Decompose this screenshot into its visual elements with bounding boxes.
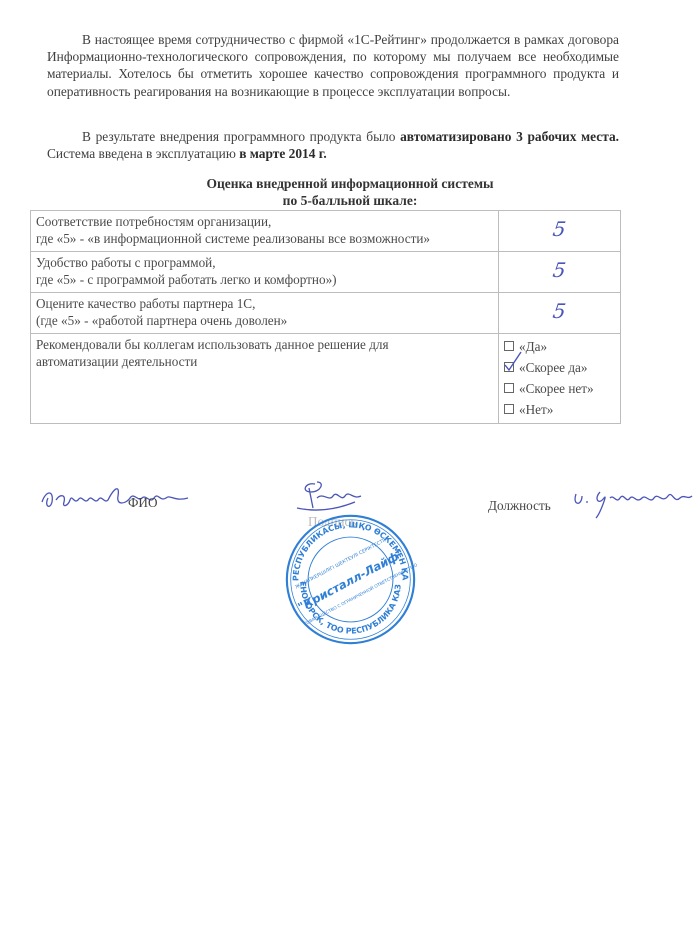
option-rather-yes[interactable]: «Скорее да» xyxy=(504,357,615,378)
option-label: «Нет» xyxy=(519,402,553,417)
rating-table: Соответствие потребностям организации, г… xyxy=(30,210,621,424)
table-title: Оценка внедренной информационной системы… xyxy=(0,175,700,209)
stamp-outer-top: ҚАЗАҚСТАН РЕСПУБЛИКАСЫ, ШҚО ӨСКЕМЕН ҚАЛА… xyxy=(283,512,410,581)
table-row: Соответствие потребностям организации, г… xyxy=(31,211,621,252)
table-row: Оцените качество работы партнера 1С, (гд… xyxy=(31,293,621,334)
result-paragraph: В результате внедрения программного прод… xyxy=(47,128,619,162)
question-cell: Удобство работы с программой, где «5» - … xyxy=(31,252,499,293)
intro-paragraph: В настоящее время сотрудничество с фирмо… xyxy=(47,31,619,100)
option-label: «Скорее нет» xyxy=(519,381,594,396)
recommend-options: «Да» «Скорее да» «Скорее нет» «Нет» xyxy=(499,334,621,424)
table-row-recommend: Рекомендовали бы коллегам использовать д… xyxy=(31,334,621,424)
answer-cell[interactable]: 5 xyxy=(499,252,621,293)
question-line1: Рекомендовали бы коллегам использовать д… xyxy=(36,337,493,354)
score-value: 5 xyxy=(552,262,567,279)
question-cell: Оцените качество работы партнера 1С, (гд… xyxy=(31,293,499,334)
result-text-2: Система введена в эксплуатацию xyxy=(47,146,239,161)
option-label: «Скорее да» xyxy=(519,360,587,375)
result-text-1: В результате внедрения программного прод… xyxy=(82,129,400,144)
handwritten-checkmark-icon xyxy=(504,349,528,373)
checkbox-icon[interactable] xyxy=(504,383,514,393)
question-line2: автоматизации деятельности xyxy=(36,354,493,371)
option-no[interactable]: «Нет» xyxy=(504,399,615,420)
table-row: Удобство работы с программой, где «5» - … xyxy=(31,252,621,293)
company-stamp: ҚАЗАҚСТАН РЕСПУБЛИКАСЫ, ШҚО ӨСКЕМЕН ҚАЛА… xyxy=(283,512,418,647)
position-handwriting xyxy=(570,484,695,524)
checkbox-icon[interactable] xyxy=(504,404,514,414)
option-rather-no[interactable]: «Скорее нет» xyxy=(504,378,615,399)
question-line2: где «5» - с программой работать легко и … xyxy=(36,272,493,289)
question-line2: (где «5» - «работой партнера очень довол… xyxy=(36,313,493,330)
fio-handwriting xyxy=(38,480,198,516)
answer-cell[interactable]: 5 xyxy=(499,211,621,252)
question-cell: Соответствие потребностям организации, г… xyxy=(31,211,499,252)
position-label: Должность xyxy=(488,498,551,514)
score-value: 5 xyxy=(552,303,567,320)
fio-label: ФИО xyxy=(128,495,157,511)
svg-text:ҚАЗАҚСТАН РЕСПУБЛИКАСЫ, ШҚО ӨС: ҚАЗАҚСТАН РЕСПУБЛИКАСЫ, ШҚО ӨСКЕМЕН ҚАЛА… xyxy=(283,512,410,581)
score-value: 5 xyxy=(552,221,567,238)
question-line2: где «5» - «в информационной системе реал… xyxy=(36,231,493,248)
question-line1: Соответствие потребностям организации, xyxy=(36,214,493,231)
result-bold-workplaces: автоматизировано 3 рабочих места. xyxy=(400,129,619,144)
question-line1: Оцените качество работы партнера 1С, xyxy=(36,296,493,313)
question-cell: Рекомендовали бы коллегам использовать д… xyxy=(31,334,499,424)
question-line1: Удобство работы с программой, xyxy=(36,255,493,272)
answer-cell[interactable]: 5 xyxy=(499,293,621,334)
table-title-line2: по 5-балльной шкале: xyxy=(0,192,700,209)
table-title-line1: Оценка внедренной информационной системы xyxy=(0,175,700,192)
result-bold-date: в марте 2014 г. xyxy=(239,146,327,161)
checkbox-checked-icon[interactable] xyxy=(504,362,514,372)
